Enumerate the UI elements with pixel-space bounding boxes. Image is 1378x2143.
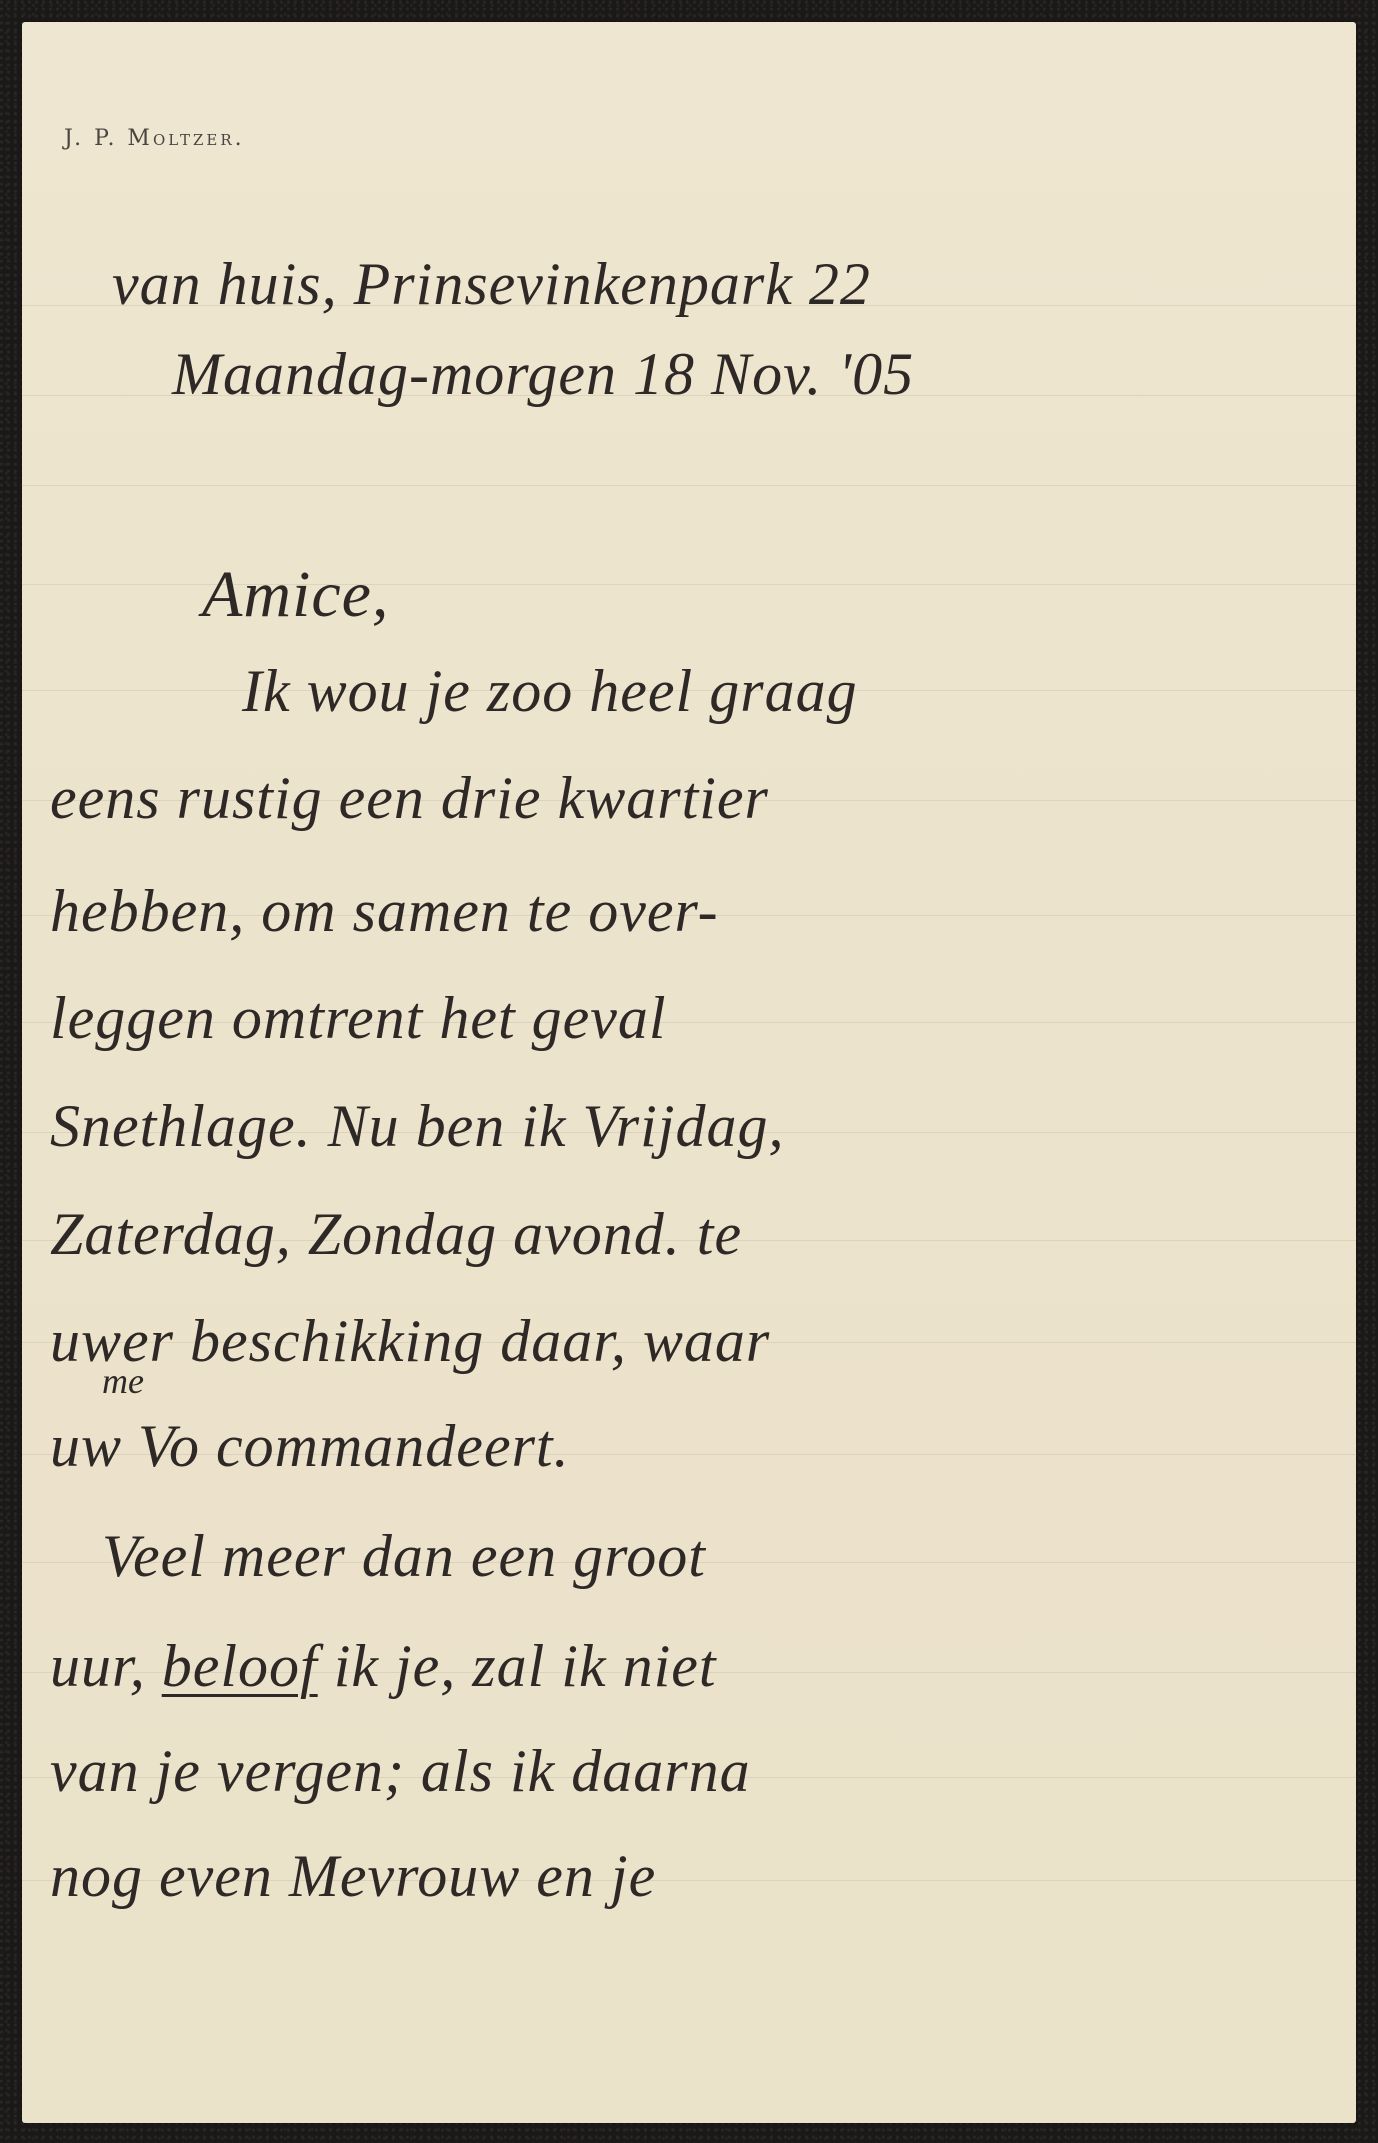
body-line-1: Ik wou je zoo heel graag bbox=[242, 657, 858, 726]
body-line-7: uwer beschikking daar, waar bbox=[50, 1307, 770, 1376]
printed-letterhead: J. P. Moltzer. bbox=[64, 126, 245, 151]
body-line-10: uur, beloof ik je, zal ik niet bbox=[50, 1632, 717, 1701]
interlinear-insertion: me bbox=[102, 1360, 144, 1402]
body-line-6: Zaterdag, Zondag avond. te bbox=[50, 1200, 742, 1269]
body-line-12: nog even Mevrouw en je bbox=[50, 1842, 656, 1911]
body-line-5: Snethlage. Nu ben ik Vrijdag, bbox=[50, 1092, 784, 1161]
body-line-9: Veel meer dan een groot bbox=[102, 1522, 706, 1591]
address-line: van huis, Prinsevinkenpark 22 bbox=[112, 250, 871, 319]
body-text: ik je, zal ik niet bbox=[318, 1633, 717, 1699]
body-text: uur, bbox=[50, 1633, 162, 1699]
date-line: Maandag-morgen 18 Nov. '05 bbox=[172, 340, 914, 409]
underlined-word: beloof bbox=[162, 1633, 318, 1699]
body-line-4: leggen omtrent het geval bbox=[50, 984, 667, 1053]
body-line-3: hebben, om samen te over- bbox=[50, 877, 719, 946]
letter-page: J. P. Moltzer. van huis, Prinsevinkenpar… bbox=[22, 22, 1356, 2123]
body-line-8: uw Vo commandeert. bbox=[50, 1412, 570, 1481]
ruled-line bbox=[22, 485, 1356, 486]
salutation: Amice, bbox=[202, 557, 389, 633]
body-line-2: eens rustig een drie kwartier bbox=[50, 764, 769, 833]
body-line-11: van je vergen; als ik daarna bbox=[50, 1737, 751, 1806]
